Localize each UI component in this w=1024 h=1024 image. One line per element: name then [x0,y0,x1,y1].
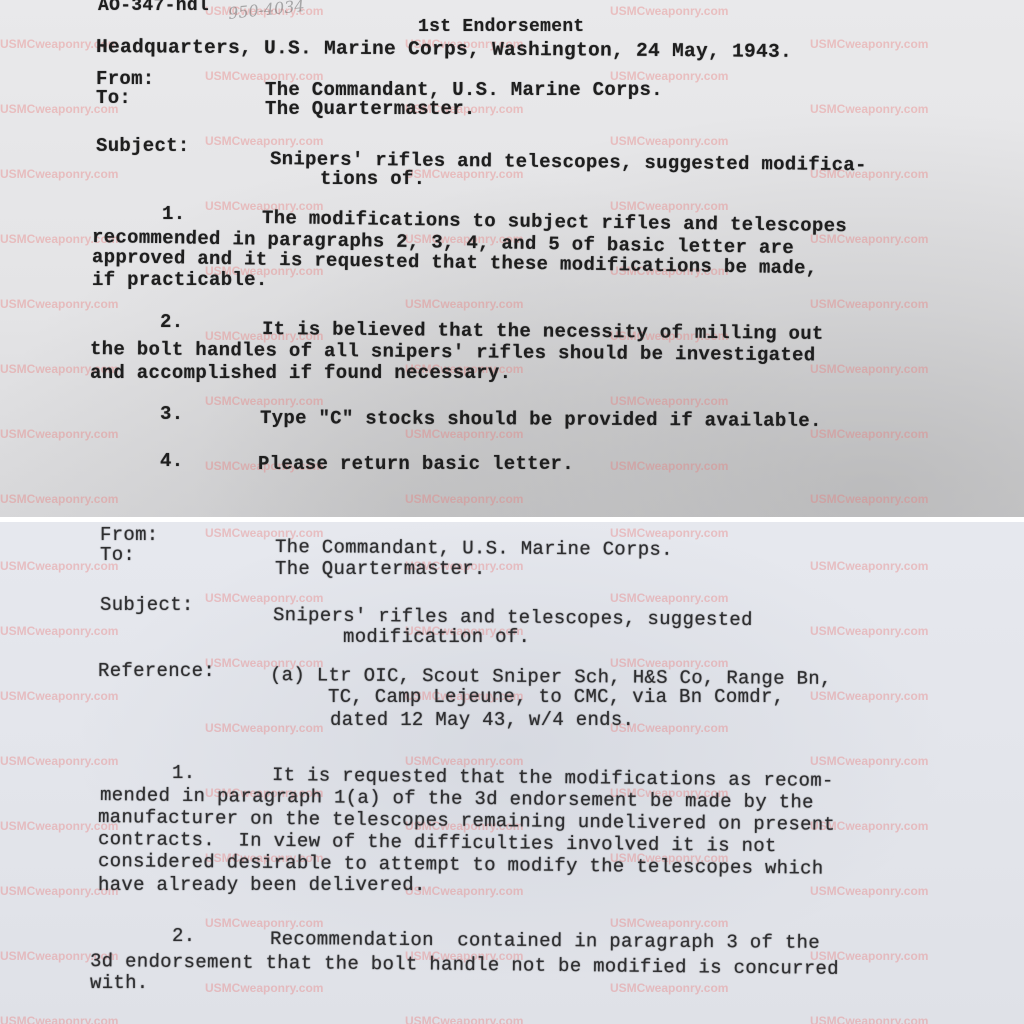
bottom-document-photo: USMCweaponry.comUSMCweaponry.comUSMCweap… [0,522,1024,1024]
watermark-text: USMCweaponry.com [810,559,928,573]
paragraph-2-number: 2. [172,925,195,947]
watermark-text: USMCweaponry.com [0,1014,118,1024]
watermark-text: USMCweaponry.com [0,167,118,181]
watermark-text: USMCweaponry.com [810,102,928,116]
watermark-text: USMCweaponry.com [610,199,728,213]
subject-line-2: modification of. [343,626,530,648]
reference-label: Reference: [98,660,215,682]
watermark-text: USMCweaponry.com [205,394,323,408]
watermark-text: USMCweaponry.com [610,916,728,930]
watermark-text: USMCweaponry.com [0,492,118,506]
reference-line: TC, Camp Lejeune, to CMC, via Bn Comdr, [328,686,784,708]
watermark-text: USMCweaponry.com [405,1014,523,1024]
watermark-text: USMCweaponry.com [610,459,728,473]
watermark-text: USMCweaponry.com [810,427,928,441]
watermark-text: USMCweaponry.com [0,427,118,441]
paragraph-2-line: with. [90,972,149,994]
subject-label: Subject: [100,594,194,616]
paragraph-2-line: 3d endorsement that the bolt handle not … [90,950,839,980]
watermark-text: USMCweaponry.com [810,754,928,768]
watermark-text: USMCweaponry.com [205,721,323,735]
watermark-text: USMCweaponry.com [810,1014,928,1024]
watermark-text: USMCweaponry.com [810,624,928,638]
paragraph-1-line: have already been delivered. [98,874,426,896]
watermark-text: USMCweaponry.com [810,297,928,311]
watermark-text: USMCweaponry.com [0,297,118,311]
to-value: The Quartermaster. [265,98,476,120]
watermark-text: USMCweaponry.com [0,624,118,638]
subject-label: Subject: [96,135,190,157]
to-label: To: [96,87,131,109]
watermark-text: USMCweaponry.com [405,492,523,506]
paragraph-2-line: and accomplished if found necessary. [90,362,511,384]
watermark-text: USMCweaponry.com [810,689,928,703]
paragraph-4-number: 4. [160,450,183,472]
watermark-text: USMCweaponry.com [810,362,928,376]
watermark-text: USMCweaponry.com [0,689,118,703]
to-label: To: [100,544,135,566]
watermark-text: USMCweaponry.com [610,134,728,148]
watermark-text: USMCweaponry.com [610,981,728,995]
watermark-text: USMCweaponry.com [810,884,928,898]
watermark-text: USMCweaponry.com [0,754,118,768]
paragraph-4-line: Please return basic letter. [258,453,574,475]
paragraph-2-line: Recommendation contained in paragraph 3 … [270,928,820,954]
paragraph-3-number: 3. [160,403,183,425]
watermark-text: USMCweaponry.com [810,37,928,51]
top-document-photo: USMCweaponry.comUSMCweaponry.comUSMCweap… [0,0,1024,517]
file-code: AO-347-hdl [98,0,209,16]
headquarters-line: Headquarters, U.S. Marine Corps, Washing… [96,36,792,63]
watermark-text: USMCweaponry.com [610,4,728,18]
watermark-text: USMCweaponry.com [205,981,323,995]
endorsement-title: 1st Endorsement [418,17,585,37]
watermark-text: USMCweaponry.com [810,492,928,506]
watermark-text: USMCweaponry.com [610,591,728,605]
subject-line-2: tions of. [320,168,425,190]
paragraph-2-number: 2. [160,311,183,333]
from-label: From: [100,524,159,546]
paragraph-1-number: 1. [162,203,185,225]
to-value: The Quartermaster. [275,558,486,580]
handwritten-note: 950-4034 [227,0,305,23]
reference-line: dated 12 May 43, w/4 ends. [330,709,634,731]
paragraph-1-line: if practicable. [92,269,268,291]
watermark-text: USMCweaponry.com [610,394,728,408]
watermark-text: USMCweaponry.com [205,591,323,605]
watermark-text: USMCweaponry.com [405,297,523,311]
paragraph-3-line: Type "C" stocks should be provided if av… [260,407,822,432]
paragraph-1-number: 1. [172,762,195,784]
watermark-text: USMCweaponry.com [205,134,323,148]
